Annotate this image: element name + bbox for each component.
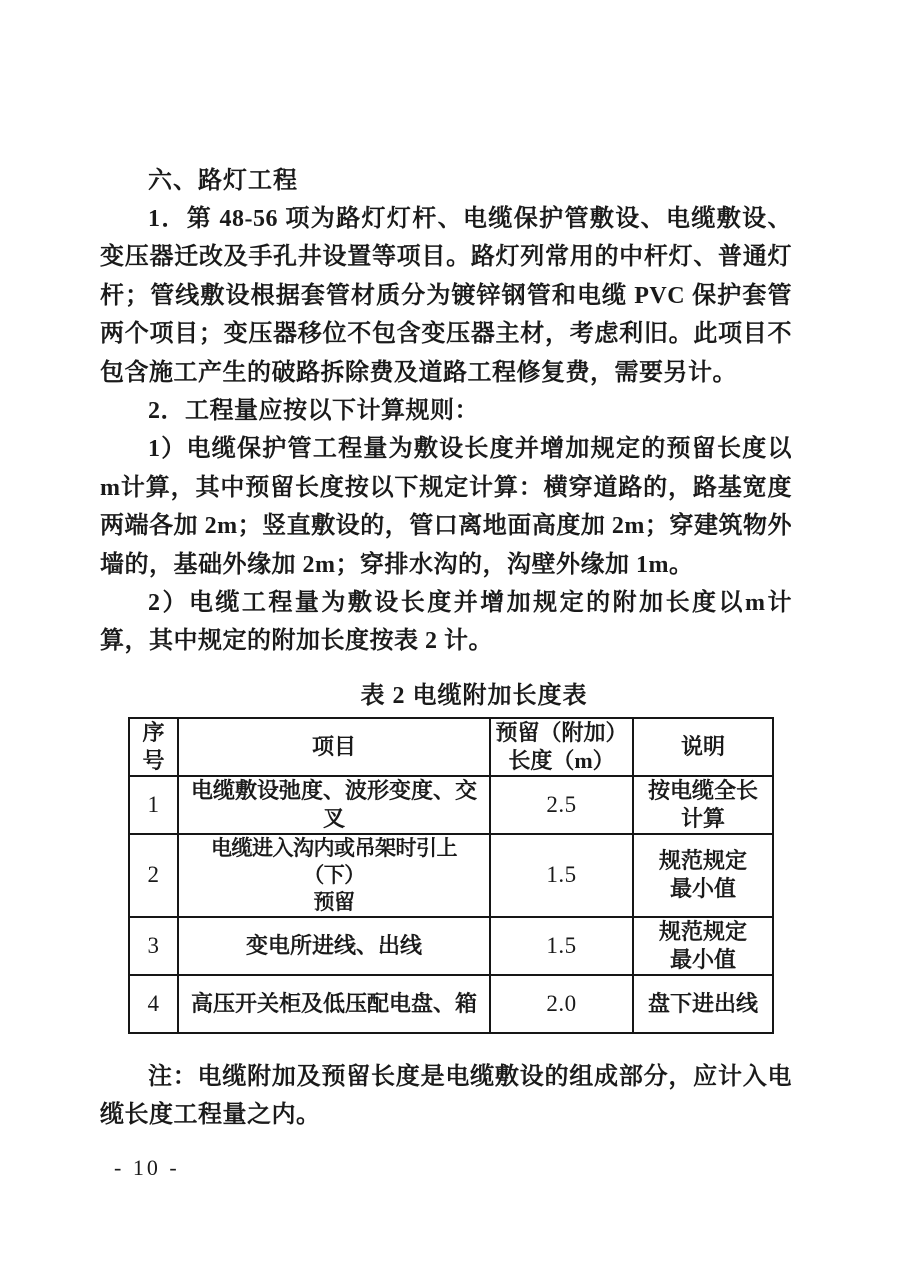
cell-length: 1.5: [490, 917, 633, 975]
cell-note: 规范规定 最小值: [633, 917, 773, 975]
table-row: 3 变电所进线、出线 1.5 规范规定 最小值: [129, 917, 773, 975]
cell-length: 2.0: [490, 975, 633, 1033]
table-row: 4 高压开关柜及低压配电盘、箱 2.0 盘下进出线: [129, 975, 773, 1033]
table-header-row: 序号 项目 预留（附加） 长度（m） 说明: [129, 718, 773, 776]
cell-row-no: 3: [129, 917, 178, 975]
cell-length: 2.5: [490, 776, 633, 834]
column-header-length: 预留（附加） 长度（m）: [490, 718, 633, 776]
paragraph-protection-pipe-rule: 1）电缆保护管工程量为敷设长度并增加规定的预留长度以m计算，其中预留长度按以下规…: [100, 430, 792, 584]
page-number: - 10 -: [114, 1155, 792, 1181]
column-header-item: 项目: [178, 718, 490, 776]
cell-note: 按电缆全长 计算: [633, 776, 773, 834]
section-heading: 六、路灯工程: [100, 162, 792, 200]
paragraph-cable-rule: 2）电缆工程量为敷设长度并增加规定的附加长度以m计算，其中规定的附加长度按表 2…: [100, 584, 792, 661]
cell-row-no: 2: [129, 834, 178, 917]
cell-note: 规范规定 最小值: [633, 834, 773, 917]
cell-row-no: 4: [129, 975, 178, 1033]
document-page: 六、路灯工程 1．第 48-56 项为路灯灯杆、电缆保护管敷设、电缆敷设、变压器…: [0, 0, 900, 1272]
cell-item: 电缆敷设弛度、波形变度、交叉: [178, 776, 490, 834]
cell-note: 盘下进出线: [633, 975, 773, 1033]
cell-item: 高压开关柜及低压配电盘、箱: [178, 975, 490, 1033]
table-row: 2 电缆进入沟内或吊架时引上（下） 预留 1.5 规范规定 最小值: [129, 834, 773, 917]
column-header-no: 序号: [129, 718, 178, 776]
paragraph-calc-rules-intro: 2．工程量应按以下计算规则：: [100, 392, 792, 430]
paragraph-item-scope: 1．第 48-56 项为路灯灯杆、电缆保护管敷设、电缆敷设、变压器迁改及手孔井设…: [100, 200, 792, 392]
table-caption: 表 2 电缆附加长度表: [100, 677, 792, 715]
cell-row-no: 1: [129, 776, 178, 834]
cell-item: 电缆进入沟内或吊架时引上（下） 预留: [178, 834, 490, 917]
table-footnote: 注：电缆附加及预留长度是电缆敷设的组成部分，应计入电缆长度工程量之内。: [100, 1058, 792, 1135]
cell-length: 1.5: [490, 834, 633, 917]
table-row: 1 电缆敷设弛度、波形变度、交叉 2.5 按电缆全长 计算: [129, 776, 773, 834]
column-header-note: 说明: [633, 718, 773, 776]
cell-item: 变电所进线、出线: [178, 917, 490, 975]
cable-extra-length-table: 序号 项目 预留（附加） 长度（m） 说明 1 电缆敷设弛度、波形变度、交叉 2…: [128, 717, 774, 1034]
